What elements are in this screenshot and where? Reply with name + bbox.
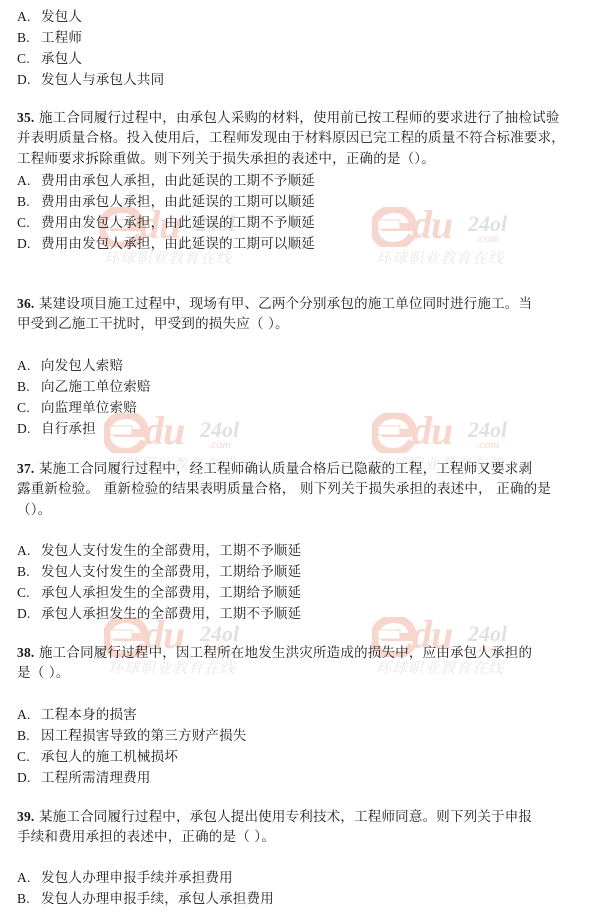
option-text: 发包人 [41, 9, 82, 25]
question-stem-line: 工程师要求拆除重做。则下列关于损失承担的表述中，正确的是（）。 [17, 151, 435, 167]
question-stem-line: 某施工合同履行过程中，承包人提出使用专利技术，工程师同意。则下列关于申报 [39, 809, 532, 825]
option-text: 发包人办理申报手续并承担费用 [41, 870, 233, 886]
option-letter: B. [17, 888, 41, 909]
option-a: A.费用由承包人承担，由此延误的工期不予顺延 [17, 170, 315, 191]
option-c: C.承包人承担发生的全部费用，工期给予顺延 [17, 582, 301, 603]
option-letter: B. [17, 725, 41, 746]
option-text: 费用由承包人承担，由此延误的工期可以顺延 [41, 194, 315, 210]
option-d: D.自行承担 [17, 418, 96, 439]
option-text: 工程所需清理费用 [41, 770, 151, 786]
option-c: C.向监理单位索赔 [17, 397, 137, 418]
option-letter: C. [17, 746, 41, 767]
question-stem-line: 露重新检验。 重新检验的结果表明质量合格， 则下列关于损失承担的表述中， 正确的… [17, 481, 551, 497]
question-stem-line: 是（ ）。 [17, 665, 70, 681]
option-c: C.承包人的施工机械损坏 [17, 746, 178, 767]
option-letter: A. [17, 6, 41, 27]
option-d: D.工程所需清理费用 [17, 767, 151, 788]
question-number: 35. [17, 110, 34, 125]
option-text: 费用由承包人承担，由此延误的工期不予顺延 [41, 173, 315, 189]
option-letter: B. [17, 27, 41, 48]
option-letter: C. [17, 212, 41, 233]
option-a: A.发包人 [17, 6, 82, 27]
option-b: B.发包人办理申报手续，承包人承担费用 [17, 888, 274, 909]
option-letter: A. [17, 867, 41, 888]
option-a: A.发包人支付发生的全部费用，工期不予顺延 [17, 540, 301, 561]
option-letter: A. [17, 355, 41, 376]
question-35-stem: 工程师要求拆除重做。则下列关于损失承担的表述中，正确的是（）。 [17, 149, 435, 170]
option-letter: D. [17, 418, 41, 439]
question-stem-line: 甲受到乙施工干扰时，甲受到的损失应（ ）。 [17, 316, 289, 332]
question-stem-line: 某施工合同履行过程中，经工程师确认质量合格后已隐蔽的工程，工程师又要求剥 [39, 461, 532, 477]
option-text: 工程师 [41, 30, 82, 46]
option-text: 向监理单位索赔 [41, 400, 137, 416]
option-a: A.向发包人索赔 [17, 355, 123, 376]
option-d: D.承包人承担发生的全部费用，工期不予顺延 [17, 603, 301, 624]
option-letter: B. [17, 561, 41, 582]
option-text: 费用由发包人承担，由此延误的工期可以顺延 [41, 236, 315, 252]
question-number: 36. [17, 296, 34, 311]
option-d: D.费用由发包人承担，由此延误的工期可以顺延 [17, 233, 315, 254]
question-stem-line: 手续和费用承担的表述中，正确的是（ ）。 [17, 829, 275, 845]
option-b: B.工程师 [17, 27, 82, 48]
question-stem-line: 并表明质量合格。投入使用后，工程师发现由于材料原因已完工程的质量不符合标准要求， [17, 130, 565, 146]
option-b: B.费用由承包人承担，由此延误的工期可以顺延 [17, 191, 315, 212]
question-38-stem: 38. 施工合同履行过程中，因工程所在地发生洪灾所造成的损失中，应由承包人承担的 [17, 642, 532, 663]
option-letter: A. [17, 704, 41, 725]
question-37-stem: （）。 [17, 500, 51, 521]
option-d: D.发包人与承包人共同 [17, 69, 164, 90]
option-text: 承包人的施工机械损坏 [41, 749, 178, 765]
option-text: 发包人办理申报手续，承包人承担费用 [41, 891, 274, 907]
option-b: B.发包人支付发生的全部费用，工期给予顺延 [17, 561, 301, 582]
question-stem-line: 施工合同履行过程中，因工程所在地发生洪灾所造成的损失中，应由承包人承担的 [39, 645, 532, 661]
question-39-stem: 手续和费用承担的表述中，正确的是（ ）。 [17, 827, 275, 848]
question-stem-line: 某建设项目施工过程中，现场有甲、乙两个分别承包的施工单位同时进行施工。当 [39, 296, 532, 312]
option-text: 向乙施工单位索赔 [41, 379, 151, 395]
question-36-stem: 36. 某建设项目施工过程中，现场有甲、乙两个分别承包的施工单位同时进行施工。当 [17, 293, 532, 314]
question-35-stem: 并表明质量合格。投入使用后，工程师发现由于材料原因已完工程的质量不符合标准要求， [17, 128, 565, 149]
option-b: B.因工程损害导致的第三方财产损失 [17, 725, 247, 746]
option-letter: A. [17, 170, 41, 191]
option-text: 发包人支付发生的全部费用，工期给予顺延 [41, 564, 301, 580]
option-letter: D. [17, 233, 41, 254]
option-c: C.费用由发包人承担，由此延误的工期不予顺延 [17, 212, 315, 233]
option-text: 工程本身的损害 [41, 707, 137, 723]
option-text: 费用由发包人承担，由此延误的工期不予顺延 [41, 215, 315, 231]
option-text: 发包人支付发生的全部费用，工期不予顺延 [41, 543, 301, 559]
question-39-stem: 39. 某施工合同履行过程中，承包人提出使用专利技术，工程师同意。则下列关于申报 [17, 806, 532, 827]
option-letter: B. [17, 191, 41, 212]
question-stem-line: （）。 [17, 502, 51, 518]
option-letter: D. [17, 603, 41, 624]
option-text: 承包人 [41, 51, 82, 67]
option-text: 承包人承担发生的全部费用，工期给予顺延 [41, 585, 301, 601]
question-38-stem: 是（ ）。 [17, 663, 70, 684]
option-text: 发包人与承包人共同 [41, 72, 164, 88]
question-number: 37. [17, 461, 34, 476]
option-b: B.向乙施工单位索赔 [17, 376, 151, 397]
option-letter: C. [17, 397, 41, 418]
question-stem-line: 施工合同履行过程中，由承包人采购的材料，使用前已按工程师的要求进行了抽检试验 [39, 110, 560, 126]
question-35-stem: 35. 施工合同履行过程中，由承包人采购的材料，使用前已按工程师的要求进行了抽检… [17, 107, 560, 128]
question-number: 38. [17, 645, 34, 660]
option-text: 自行承担 [41, 421, 96, 437]
document-page: du 24ol .com 环球职业教育在线 du 24ol .com 环球职业教… [0, 0, 606, 916]
text-layer: A.发包人 B.工程师 C.承包人 D.发包人与承包人共同 35. 施工合同履行… [0, 0, 606, 916]
question-36-stem: 甲受到乙施工干扰时，甲受到的损失应（ ）。 [17, 314, 289, 335]
option-letter: A. [17, 540, 41, 561]
option-letter: B. [17, 376, 41, 397]
option-letter: C. [17, 582, 41, 603]
question-number: 39. [17, 809, 34, 824]
option-text: 承包人承担发生的全部费用，工期不予顺延 [41, 606, 301, 622]
option-text: 因工程损害导致的第三方财产损失 [41, 728, 247, 744]
option-a: A.发包人办理申报手续并承担费用 [17, 867, 233, 888]
option-c: C.承包人 [17, 48, 82, 69]
option-letter: D. [17, 767, 41, 788]
option-text: 向发包人索赔 [41, 358, 123, 374]
question-37-stem: 37. 某施工合同履行过程中，经工程师确认质量合格后已隐蔽的工程，工程师又要求剥 [17, 458, 532, 479]
option-letter: C. [17, 48, 41, 69]
question-37-stem: 露重新检验。 重新检验的结果表明质量合格， 则下列关于损失承担的表述中， 正确的… [17, 479, 551, 500]
option-letter: D. [17, 69, 41, 90]
option-a: A.工程本身的损害 [17, 704, 137, 725]
